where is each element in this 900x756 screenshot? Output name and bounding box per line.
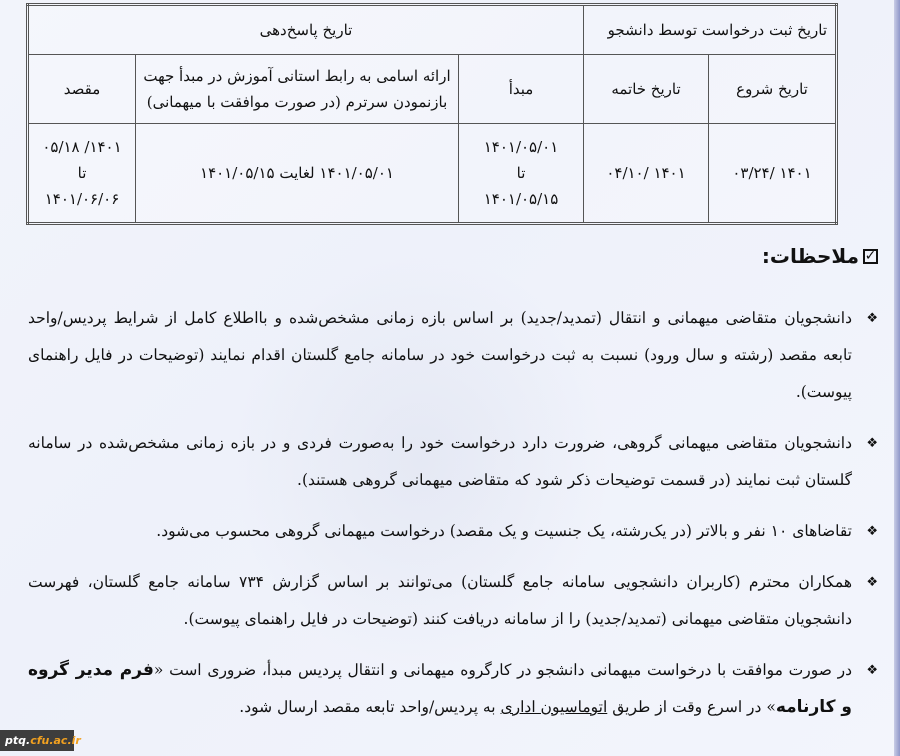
cell-submit-names: ۱۴۰۱/۰۵/۰۱ لغایت ۱۴۰۱/۰۵/۱۵ <box>136 124 459 224</box>
table-row: ۱۴۰۱ /۰۳/۲۴ ۱۴۰۱ /۰۴/۱۰ ۱۴۰۱/۰۵/۰۱ تا ۱۴… <box>28 124 837 224</box>
header-destination: مقصد <box>28 55 136 124</box>
header-origin: مبدأ <box>459 55 584 124</box>
header-end-date: تاریخ خاتمه <box>584 55 709 124</box>
cell-end-date: ۱۴۰۱ /۰۴/۱۰ <box>584 124 709 224</box>
diamond-bullet-icon: ❖ <box>866 652 878 689</box>
notes-list: ❖ دانشجویان متقاضی میهمانی و انتقال (تمد… <box>28 300 878 740</box>
origin-to: ۱۴۰۱/۰۵/۱۵ <box>465 186 577 212</box>
site-badge[interactable]: ptq.cfu.ac.ir <box>0 730 74 751</box>
cell-origin: ۱۴۰۱/۰۵/۰۱ تا ۱۴۰۱/۰۵/۱۵ <box>459 124 584 224</box>
diamond-bullet-icon: ❖ <box>866 300 878 337</box>
list-item: ❖ در صورت موافقت با درخواست میهمانی دانش… <box>28 652 878 726</box>
header-registration-date: تاریخ ثبت درخواست توسط دانشجو <box>584 5 837 55</box>
destination-from: ۱۴۰۱/ ۰۵/۱۸ <box>35 134 129 160</box>
list-item: ❖ دانشجویان متقاضی میهمانی گروهی، ضرورت … <box>28 425 878 499</box>
group-header-row: تاریخ ثبت درخواست توسط دانشجو تاریخ پاسخ… <box>28 5 837 55</box>
note-text: همکاران محترم (کاربران دانشجویی سامانه ج… <box>28 573 852 628</box>
notes-title: ملاحظات: <box>762 244 859 268</box>
site-domain: cfu.ac.ir <box>30 734 81 747</box>
origin-to-label: تا <box>465 160 577 186</box>
site-prefix: ptq. <box>5 734 30 747</box>
list-item: ❖ همکاران محترم (کاربران دانشجویی سامانه… <box>28 564 878 638</box>
header-start-date: تاریخ شروع <box>709 55 837 124</box>
note-text: دانشجویان متقاضی میهمانی گروهی، ضرورت دا… <box>28 434 852 489</box>
diamond-bullet-icon: ❖ <box>866 425 878 462</box>
schedule-table: تاریخ ثبت درخواست توسط دانشجو تاریخ پاسخ… <box>26 3 838 225</box>
destination-to: ۱۴۰۱/۰۶/۰۶ <box>35 186 129 212</box>
note-text-part1: در صورت موافقت با درخواست میهمانی دانشجو… <box>154 661 852 679</box>
cell-destination: ۱۴۰۱/ ۰۵/۱۸ تا ۱۴۰۱/۰۶/۰۶ <box>28 124 136 224</box>
cell-start-date: ۱۴۰۱ /۰۳/۲۴ <box>709 124 837 224</box>
list-item: ❖ تقاضاهای ۱۰ نفر و بالاتر (در یک‌رشته، … <box>28 513 878 550</box>
note-text: دانشجویان متقاضی میهمانی و انتقال (تمدید… <box>28 309 852 401</box>
diamond-bullet-icon: ❖ <box>866 564 878 601</box>
note-text-part3: به پردیس/واحد تابعه مقصد ارسال شود. <box>239 698 500 716</box>
header-response-date: تاریخ پاسخ‌دهی <box>28 5 584 55</box>
note-text-part2: » در اسرع وقت از طریق <box>607 698 776 716</box>
column-header-row: تاریخ شروع تاریخ خاتمه مبدأ ارائه اسامی … <box>28 55 837 124</box>
notes-heading: ✓ ملاحظات: <box>762 244 878 268</box>
page-edge <box>894 0 900 756</box>
list-item: ❖ دانشجویان متقاضی میهمانی و انتقال (تمد… <box>28 300 878 411</box>
diamond-bullet-icon: ❖ <box>866 513 878 550</box>
header-submit-names: ارائه اسامی به رابط استانی آموزش در مبدأ… <box>136 55 459 124</box>
origin-from: ۱۴۰۱/۰۵/۰۱ <box>465 134 577 160</box>
checkbox-checked-icon: ✓ <box>863 249 878 264</box>
destination-to-label: تا <box>35 160 129 186</box>
note-text: تقاضاهای ۱۰ نفر و بالاتر (در یک‌رشته، یک… <box>156 522 852 540</box>
office-automation-link[interactable]: اتوماسیون اداری <box>501 698 608 716</box>
